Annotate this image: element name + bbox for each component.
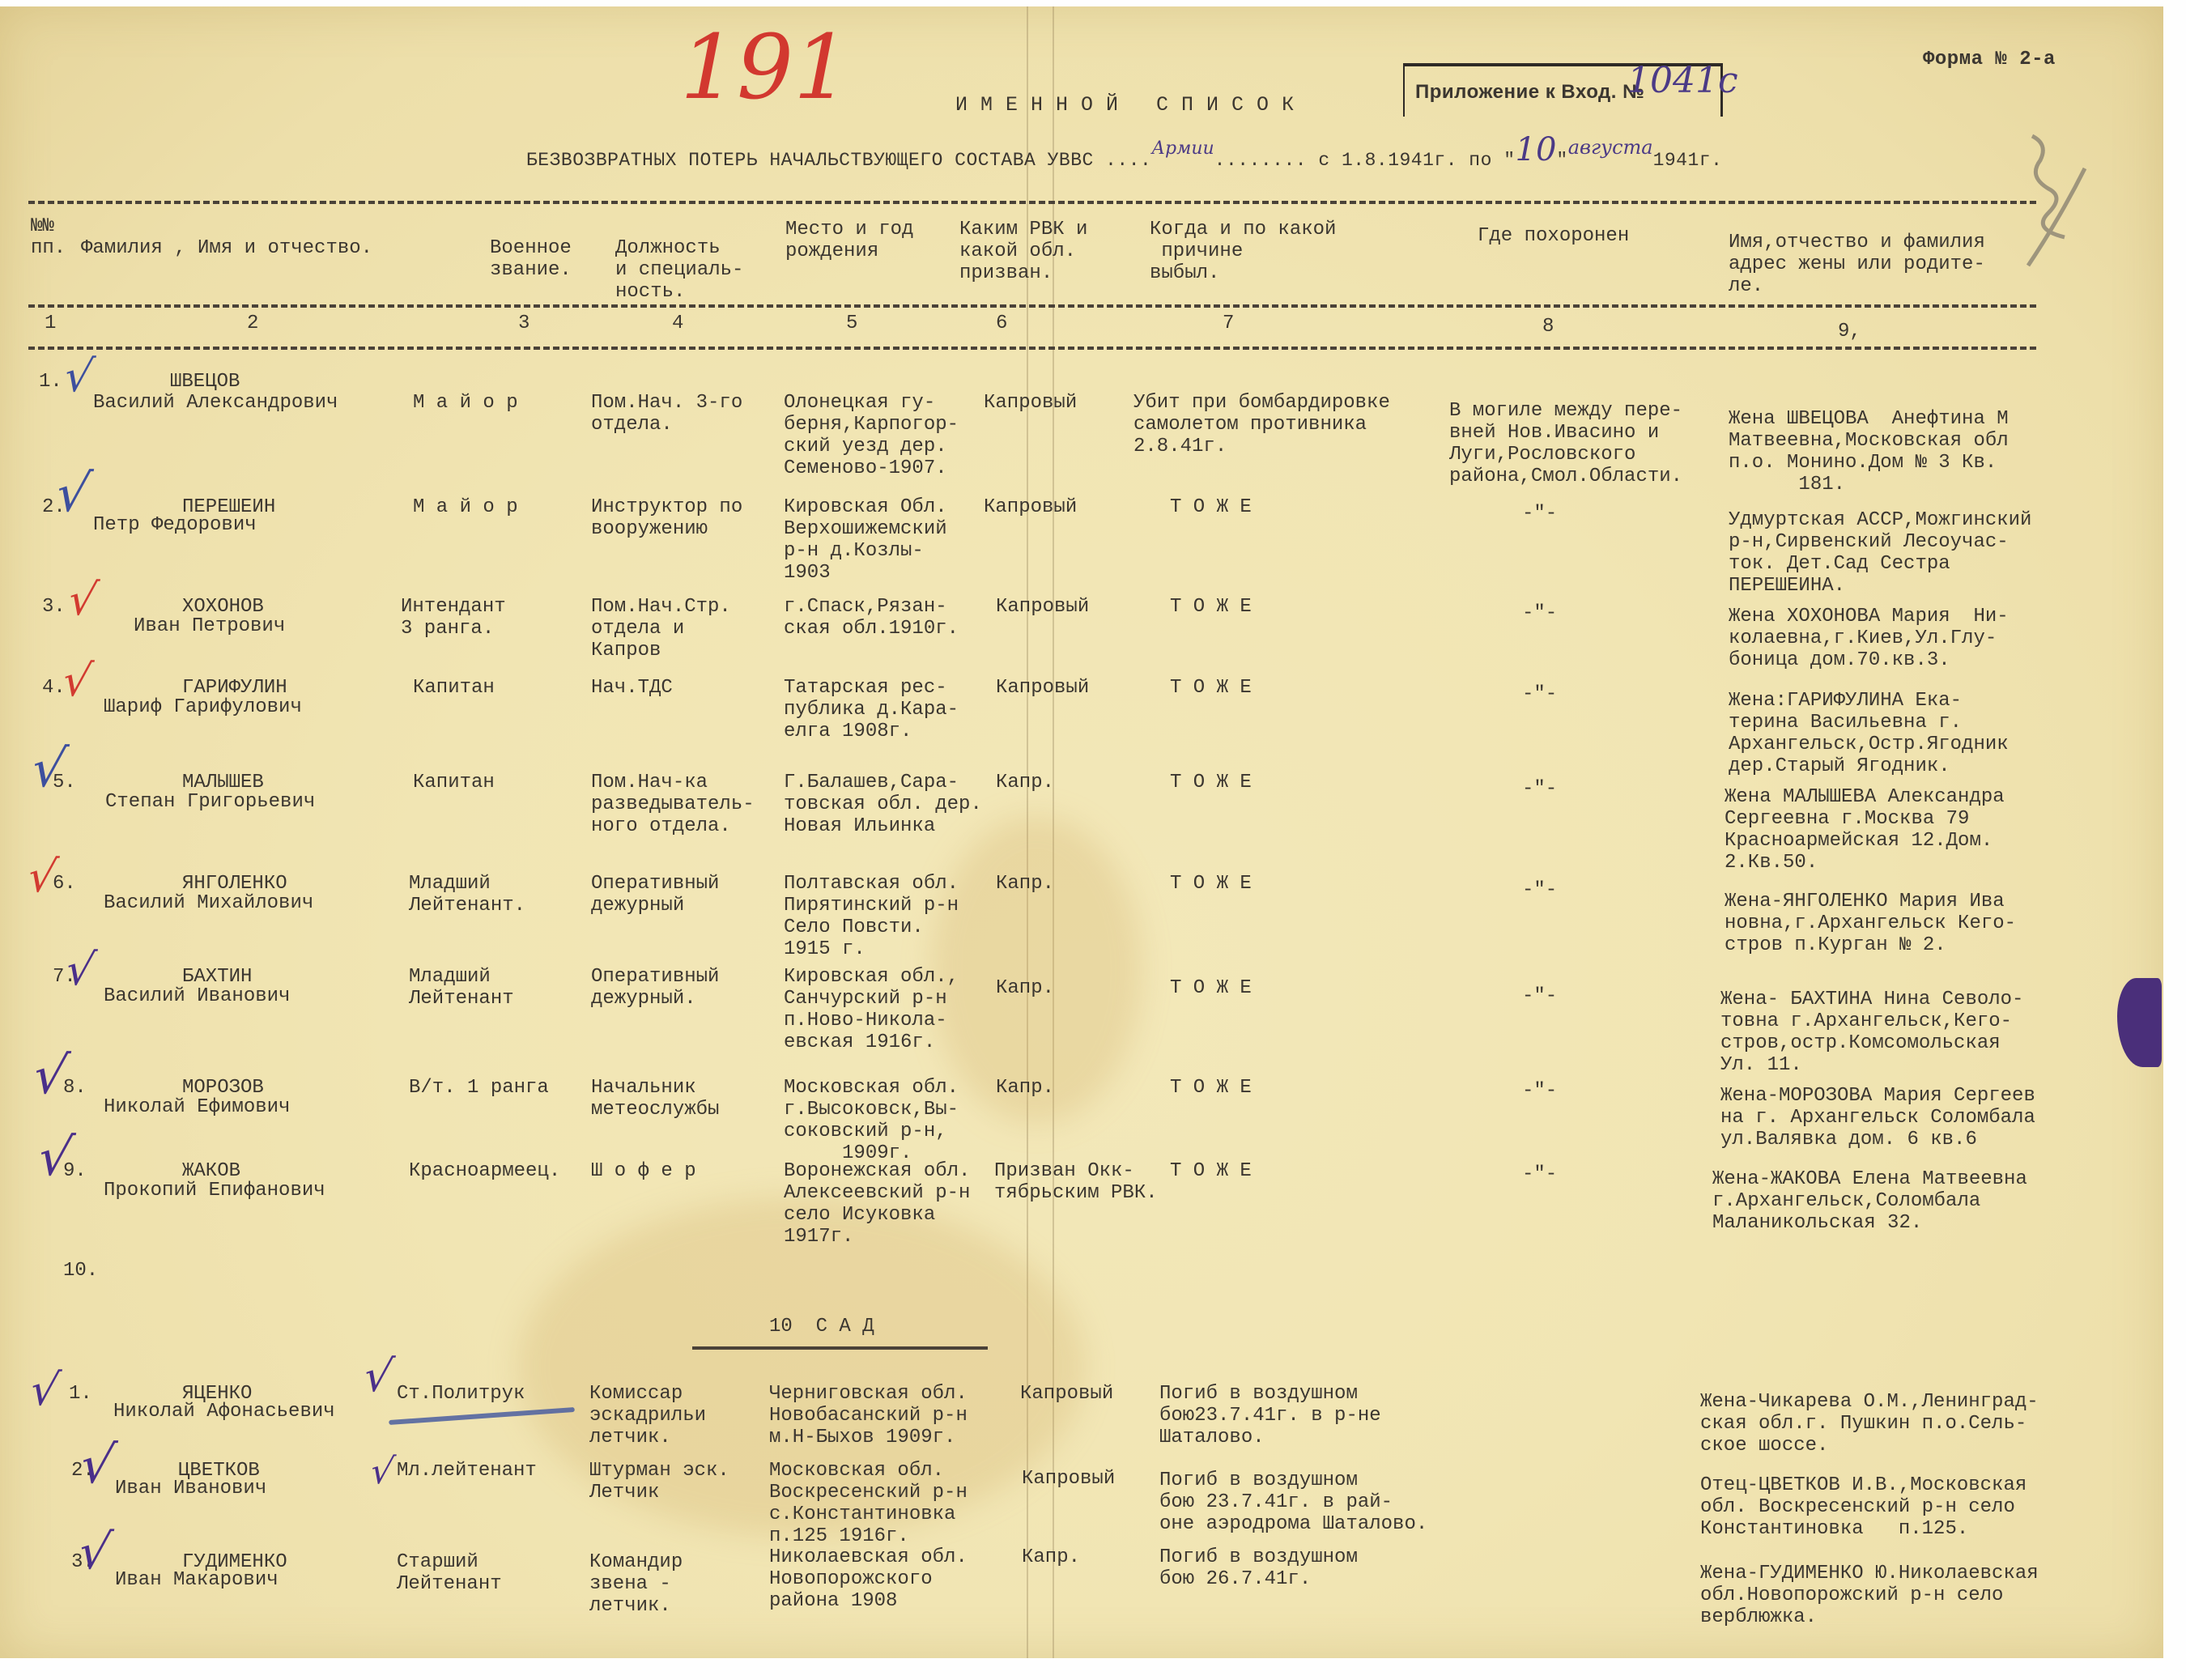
draft-office: Капр. (996, 772, 1054, 793)
relative-address: Жена- БАХТИНА Нина Севоло- товна г.Архан… (1720, 989, 2023, 1076)
position: Штурман эск. Летчик (589, 1460, 729, 1503)
burial-place: -"- (1522, 778, 1557, 800)
military-rank: Красноармеец. (409, 1160, 560, 1182)
given-names: Николай Ефимович (104, 1096, 290, 1118)
ink-blot (2117, 978, 2162, 1067)
checkmark-icon: √ (59, 659, 95, 703)
checkmark-icon: √ (53, 472, 93, 516)
relative-address: Жена ШВЕЦОВА Анефтина М Матвеевна,Москов… (1729, 408, 2009, 495)
relative-address: Жена-Чикарева О.М.,Ленинград- ская обл.г… (1700, 1391, 2039, 1457)
position: Пом.Нач-ка разведыватель- ного отдела. (591, 772, 755, 837)
military-rank: Старший Лейтенант (397, 1551, 502, 1595)
header-rule-bottom (28, 347, 2036, 350)
surname: ГАРИФУЛИН (182, 677, 287, 699)
draft-office: Капровый (1022, 1468, 1115, 1490)
cause-of-loss: Т О Ж Е (1170, 772, 1252, 793)
draft-office: Капр. (996, 1077, 1054, 1099)
row-number: 10. (63, 1260, 98, 1282)
relative-address: Жена-ЯНГОЛЕНКО Мария Ива новна,г.Арханге… (1725, 891, 2016, 956)
cause-of-loss: Т О Ж Е (1170, 596, 1252, 618)
checkmark-icon: √ (62, 948, 98, 992)
burial-place: -"- (1522, 985, 1557, 1007)
row-number: 8. (63, 1077, 87, 1099)
subtitle-quote: " (1556, 150, 1567, 171)
subtitle-prefix: БЕЗВОЗВРАТНЫХ ПОТЕРЬ НАЧАЛЬСТВУЮЩЕГО СОС… (526, 150, 1151, 171)
birthplace: Московская обл. Воскресенский р-н с.Конс… (769, 1460, 968, 1547)
col-number-4: 4 (672, 313, 683, 334)
col-header-3: Военное звание. (490, 237, 572, 281)
military-rank: Младший Лейтенант. (409, 873, 525, 917)
position: Комиссар эскадрильи летчик. (589, 1383, 706, 1448)
relative-address: Жена-ЖАКОВА Елена Матвеевна г.Архангельс… (1712, 1168, 2027, 1234)
checkmark-icon: √ (75, 1530, 114, 1574)
birthplace: Николаевская обл. Новопорожского района … (769, 1546, 968, 1612)
draft-office: Капр. (996, 977, 1054, 999)
relative-address: Жена МАЛЫШЕВА Александра Сергеевна г.Мос… (1725, 786, 2005, 874)
military-rank: М а й о р (413, 392, 518, 414)
surname: ШВЕЦОВ (170, 371, 240, 393)
row-number: 1. (39, 371, 62, 393)
col-number-3: 3 (518, 313, 529, 334)
given-names: Прокопий Епифанович (104, 1180, 325, 1202)
cause-of-loss: Т О Ж Е (1170, 1160, 1252, 1182)
burial-place: -"- (1522, 1080, 1557, 1102)
given-names: Василий Иванович (104, 985, 290, 1007)
draft-office: Призван Окк- тябрьским РВК. (994, 1160, 1158, 1204)
birthplace: Олонецкая гу- берня,Карпогор- ский уезд … (784, 392, 959, 479)
col-header-5: Место и год рождения (785, 219, 913, 262)
given-names: Иван Петрович (134, 615, 285, 637)
given-names: Шариф Гарифулович (104, 696, 302, 718)
birthplace: г.Спаск,Рязан- ская обл.1910г. (784, 596, 959, 640)
document-title: И М Е Н Н О Й С П И С О К (955, 94, 1295, 116)
given-names: Степан Григорьевич (105, 791, 315, 813)
pencil-signature-icon (2008, 120, 2105, 274)
birthplace: Кировская Обл. Верхошижемский р-н д.Козл… (784, 496, 947, 584)
cause-of-loss: Т О Ж Е (1170, 1077, 1252, 1099)
col-header-4: Должность и специаль- ность. (615, 237, 743, 303)
section-underline (692, 1346, 988, 1350)
draft-office: Капровый (984, 392, 1077, 414)
red-page-number: 191 (680, 23, 850, 112)
draft-office: Капровый (996, 677, 1089, 699)
col-number-1: 1 (45, 313, 56, 334)
birthplace: Московская обл. г.Высоковск,Вы- соковски… (784, 1077, 959, 1164)
draft-office: Капровый (996, 596, 1089, 618)
position: Нач.ТДС (591, 677, 673, 699)
subtitle-middle: ........ с 1.8.1941г. по " (1214, 150, 1516, 171)
checkmark-icon: √ (61, 355, 96, 398)
given-names: Василий Михайлович (104, 892, 313, 914)
surname: ХОХОНОВ (182, 596, 264, 618)
cause-of-loss: Т О Ж Е (1170, 496, 1252, 518)
burial-place: В могиле между пере- вней Нов.Ивасино и … (1449, 400, 1682, 487)
checkmark-icon: √ (360, 1355, 396, 1398)
col-header-2: Фамилия , Имя и отчество. (81, 237, 372, 259)
col-number-6: 6 (996, 313, 1007, 334)
cause-of-loss: Т О Ж Е (1170, 677, 1252, 699)
row-number: 3. (42, 596, 66, 618)
registry-number: 1041с (1627, 60, 1738, 101)
birthplace: Полтавская обл. Пирятинский р-н Село Пов… (784, 873, 959, 960)
relative-address: Удмуртская АССР,Можгинский р-н,Сирвенски… (1729, 509, 2031, 597)
col-number-5: 5 (846, 313, 857, 334)
military-rank: В/т. 1 ранга (409, 1077, 549, 1099)
military-rank: Мл.лейтенант (397, 1460, 537, 1482)
registry-stamp-label: Приложение к Вход. № (1415, 81, 1644, 103)
surname: МОРОЗОВ (182, 1077, 264, 1099)
header-rule-top (28, 201, 2036, 204)
burial-place: -"- (1522, 683, 1557, 705)
col-number-8: 8 (1542, 316, 1554, 338)
relative-address: Жена:ГАРИФУЛИНА Ека- терина Васильевна г… (1729, 690, 2009, 777)
handwritten-month: августа (1568, 136, 1653, 159)
handwritten-unit: Армии (1151, 138, 1214, 159)
position: Начальник метеослужбы (591, 1077, 719, 1121)
surname: ЯНГОЛЕНКО (182, 873, 287, 895)
checkmark-icon: √ (65, 578, 100, 622)
burial-place: -"- (1522, 602, 1557, 624)
birthplace: Кировская обл., Санчурский р-н п.Ново-Ни… (784, 966, 959, 1053)
checkmark-icon: √ (367, 1450, 398, 1494)
header-rule-middle (28, 304, 2036, 308)
col-number-2: 2 (247, 313, 258, 334)
position: Ш о ф е р (591, 1160, 696, 1182)
col-number-9: 9, (1838, 321, 1861, 342)
military-rank: Интендант 3 ранга. (401, 596, 506, 640)
birthplace: Черниговская обл. Новобасанский р-н м.Н-… (769, 1383, 968, 1448)
col-header-1: №№ пп. (31, 215, 66, 259)
given-names: Василий Александрович (93, 392, 338, 414)
birthplace: Татарская рес- публика д.Кара- елга 1908… (784, 677, 959, 742)
draft-office: Капр. (1022, 1546, 1080, 1568)
given-names: Иван Иванович (115, 1478, 266, 1499)
burial-place: -"- (1522, 503, 1557, 525)
cause-of-loss: Погиб в воздушном бою 26.7.41г. (1159, 1546, 1358, 1590)
surname: МАЛЫШЕВ (182, 772, 264, 793)
draft-office: Капр. (996, 873, 1054, 895)
burial-place: -"- (1522, 1163, 1557, 1185)
col-header-8: Где похоронен (1478, 225, 1629, 247)
position: Пом.Нач.Стр. отдела и Капров (591, 596, 731, 661)
draft-office: Капровый (984, 496, 1077, 518)
military-rank: Капитан (413, 772, 495, 793)
birthplace: Г.Балашев,Сара- товская обл. дер. Новая … (784, 772, 982, 837)
given-names: Иван Макарович (115, 1569, 279, 1591)
checkmark-icon: √ (27, 1368, 62, 1412)
burial-place: -"- (1522, 879, 1557, 901)
cause-of-loss: Т О Ж Е (1170, 873, 1252, 895)
checkmark-icon: √ (77, 1444, 117, 1487)
cause-of-loss: Т О Ж Е (1170, 977, 1252, 999)
col-header-9: Имя,отчество и фамилия адрес жены или ро… (1729, 232, 1985, 297)
draft-office: Капровый (1020, 1383, 1113, 1405)
document-page: 191 И М Е Н Н О Й С П И С О К Приложение… (0, 6, 2163, 1658)
col-number-7: 7 (1223, 313, 1234, 334)
military-rank: М а й о р (413, 496, 518, 518)
row-number: 1. (69, 1383, 92, 1405)
relative-address: Жена-МОРОЗОВА Мария Сергеев на г. Арханг… (1720, 1085, 2035, 1150)
surname: ЖАКОВ (182, 1160, 240, 1182)
section-title: 10 С А Д (769, 1316, 874, 1338)
form-number: Форма № 2-а (1923, 49, 2056, 70)
col-header-6: Каким РВК и какой обл. призван. (959, 219, 1087, 284)
military-rank: Капитан (413, 677, 495, 699)
subtitle-suffix: 1941г. (1653, 150, 1723, 171)
handwritten-day: 10 (1516, 131, 1557, 168)
military-rank: Ст.Политрук (397, 1383, 525, 1405)
cause-of-loss: Погиб в воздушном бою23.7.41г. в р-не Ша… (1159, 1383, 1381, 1448)
given-names: Петр Федорович (93, 514, 257, 536)
position: Инструктор по вооружению (591, 496, 742, 540)
relative-address: Отец-ЦВЕТКОВ И.В.,Московская обл. Воскре… (1700, 1474, 2027, 1540)
cause-of-loss: Убит при бомбардировке самолетом противн… (1133, 392, 1390, 457)
relative-address: Жена-ГУДИМЕНКО Ю.Николаевская обл.Новопо… (1700, 1563, 2039, 1628)
document-subtitle: БЕЗВОЗВРАТНЫХ ПОТЕРЬ НАЧАЛЬСТВУЮЩЕГО СОС… (526, 136, 1722, 173)
col-header-7: Когда и по какой причине выбыл. (1150, 219, 1336, 284)
military-rank: Младший Лейтенант (409, 966, 514, 1010)
position: Оперативный дежурный (591, 873, 719, 917)
position: Пом.Нач. 3-го отдела. (591, 392, 742, 436)
position: Командир звена - летчик. (589, 1551, 683, 1617)
cause-of-loss: Погиб в воздушном бою 23.7.41г. в рай- о… (1159, 1469, 1427, 1535)
birthplace: Воронежская обл. Алексеевский р-н село И… (784, 1160, 970, 1248)
position: Оперативный дежурный. (591, 966, 719, 1010)
given-names: Николай Афонасьевич (113, 1401, 335, 1423)
surname: БАХТИН (182, 966, 252, 988)
relative-address: Жена ХОХОНОВА Мария Ни- колаевна,г.Киев,… (1729, 606, 2009, 671)
